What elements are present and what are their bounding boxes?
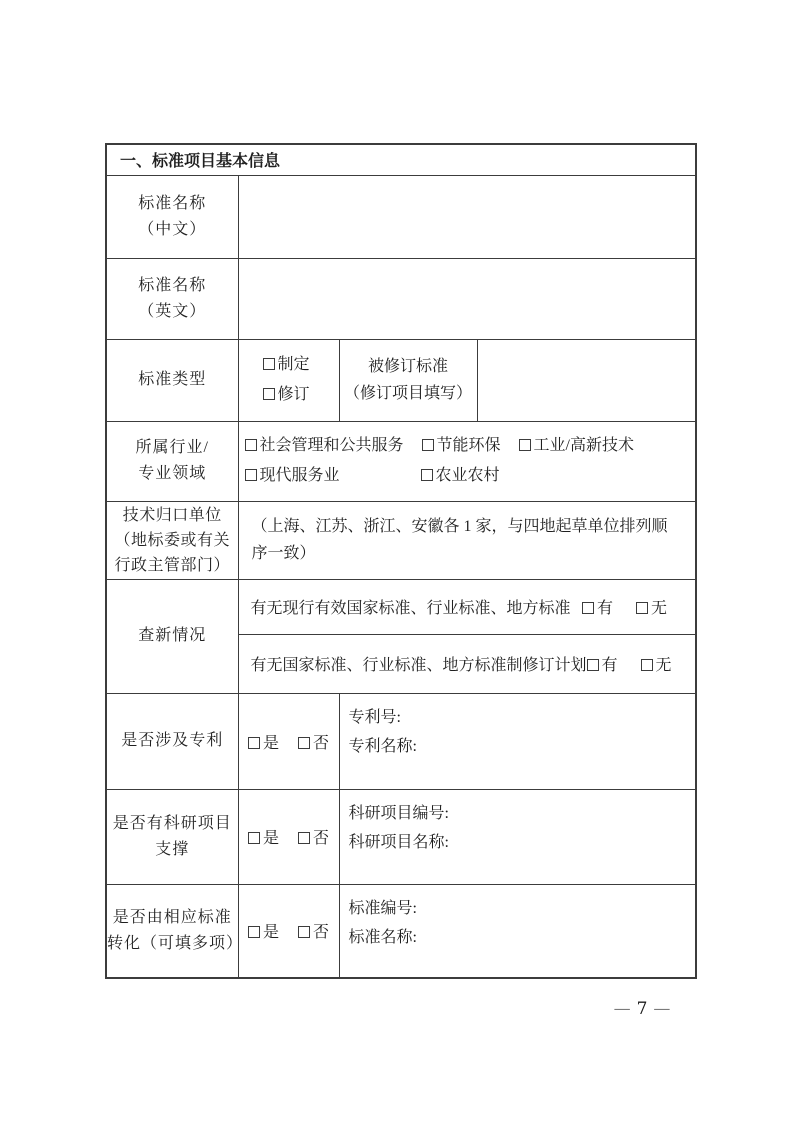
checkbox-icon (248, 737, 260, 749)
label-line: 是否涉及专利 (107, 728, 238, 754)
option-revise: 修订 (263, 380, 339, 410)
option-no: 否 (298, 830, 329, 847)
field-standard-name: 标准名称: (349, 923, 690, 952)
page-number-dash: — (614, 999, 631, 1019)
industry-options: 社会管理和公共服务 节能环保 工业/高新技术 现代服务业 农业农村 (238, 421, 696, 501)
option-label: 是 (263, 735, 279, 752)
label-line: （地标委或有关 (107, 528, 238, 553)
page-number-value: 7 (637, 999, 648, 1019)
option-label: 社会管理和公共服务 (260, 437, 404, 454)
label-line: 转化（可填多项） (107, 931, 238, 957)
label-line: 被修订标准 (340, 353, 477, 380)
label-standard-name-en: 标准名称 （英文） (106, 258, 238, 339)
standard-project-form-table: 一、标准项目基本信息 标准名称 （中文） 标准名称 （英文） 标准类型 制定 (105, 143, 697, 979)
label-line: （英文） (107, 299, 238, 325)
research-yn-group: 是 否 (238, 789, 339, 884)
field-revised-standard (477, 339, 696, 421)
novelty-line: 有无现行有效国家标准、行业标准、地方标准 有 无 (239, 595, 696, 618)
label-standard-name-cn: 标准名称 （中文） (106, 175, 238, 258)
checkbox-icon (245, 439, 257, 451)
patent-yn-group: 是 否 (238, 693, 339, 789)
label-line: 技术归口单位 (107, 503, 238, 528)
label-line: 支撑 (107, 837, 238, 863)
option-label: 农业农村 (436, 467, 500, 484)
option-formulate: 制定 (263, 350, 339, 380)
label-line: 所属行业/ (107, 435, 238, 461)
conversion-yn-group: 是 否 (238, 884, 339, 978)
standard-type-options: 制定 修订 (238, 339, 339, 421)
conversion-fields: 标准编号: 标准名称: (339, 884, 696, 978)
label-conversion: 是否由相应标准 转化（可填多项） (106, 884, 238, 978)
row-standard-type: 标准类型 制定 修订 被修订标准 （修订项目填写） (106, 339, 696, 421)
label-novelty: 查新情况 (106, 579, 238, 693)
checkbox-icon (263, 388, 275, 400)
patent-fields: 专利号: 专利名称: (339, 693, 696, 789)
field-research-number: 科研项目编号: (349, 799, 690, 828)
row-conversion: 是否由相应标准 转化（可填多项） 是 否 标准编号: 标准名称: (106, 884, 696, 978)
option-label: 工业/高新技术 (534, 437, 634, 454)
row-standard-name-en: 标准名称 （英文） (106, 258, 696, 339)
option-agriculture-rural: 农业农村 (421, 467, 500, 484)
option-label: 否 (313, 830, 329, 847)
option-label: 否 (313, 924, 329, 941)
checkbox-icon (421, 469, 433, 481)
label-line: 是否由相应标准 (107, 905, 238, 931)
option-no: 否 (298, 735, 329, 752)
option-label: 是 (263, 830, 279, 847)
option-no-plan: 无 (641, 657, 672, 674)
checkbox-icon (636, 602, 648, 614)
label-line: 标准类型 (107, 367, 238, 393)
option-no-exists: 无 (636, 600, 667, 617)
row-patent: 是否涉及专利 是 否 专利号: 专利名称: (106, 693, 696, 789)
field-standard-name-en (238, 258, 696, 339)
row-tech-unit: 技术归口单位 （地标委或有关 行政主管部门） （上海、江苏、浙江、安徽各 1 家… (106, 501, 696, 579)
field-patent-number: 专利号: (349, 703, 690, 732)
option-yes: 是 (248, 924, 279, 941)
novelty-yn-group: 有 无 (582, 595, 667, 618)
industry-options-line1: 社会管理和公共服务 节能环保 工业/高新技术 (245, 431, 696, 461)
novelty-question-2: 有无国家标准、行业标准、地方标准制修订计划 有 无 (238, 634, 696, 693)
option-label: 有 (602, 657, 618, 674)
revised-standard-header: 被修订标准 （修订项目填写） (339, 339, 477, 421)
checkbox-icon (298, 737, 310, 749)
checkbox-icon (582, 602, 594, 614)
field-standard-name-cn (238, 175, 696, 258)
row-novelty-1: 查新情况 有无现行有效国家标准、行业标准、地方标准 有 无 (106, 579, 696, 634)
option-label: 修订 (278, 386, 310, 403)
label-patent: 是否涉及专利 (106, 693, 238, 789)
option-label: 有 (597, 600, 613, 617)
option-industry-hightech: 工业/高新技术 (519, 437, 634, 454)
option-label: 无 (651, 600, 667, 617)
research-fields: 科研项目编号: 科研项目名称: (339, 789, 696, 884)
checkbox-icon (587, 659, 599, 671)
label-standard-type: 标准类型 (106, 339, 238, 421)
label-line: （修订项目填写） (340, 380, 477, 407)
checkbox-icon (248, 832, 260, 844)
checkbox-icon (248, 926, 260, 938)
tech-unit-note: （上海、江苏、浙江、安徽各 1 家，与四地起草单位排列顺序一致） (238, 501, 696, 579)
industry-options-line2: 现代服务业 农业农村 (245, 461, 696, 491)
label-line: 查新情况 (107, 623, 238, 649)
option-label: 无 (656, 657, 672, 674)
checkbox-icon (298, 832, 310, 844)
field-research-name: 科研项目名称: (349, 828, 690, 857)
option-yes-exists: 有 (582, 600, 613, 617)
option-label: 否 (313, 735, 329, 752)
label-line: 专业领域 (107, 461, 238, 487)
row-research: 是否有科研项目 支撑 是 否 科研项目编号: 科研项目名称: (106, 789, 696, 884)
label-line: （中文） (107, 217, 238, 243)
label-line: 行政主管部门） (107, 553, 238, 578)
checkbox-icon (298, 926, 310, 938)
field-patent-name: 专利名称: (349, 732, 690, 761)
label-research: 是否有科研项目 支撑 (106, 789, 238, 884)
novelty-line: 有无国家标准、行业标准、地方标准制修订计划 有 无 (239, 652, 696, 675)
page-number-dash: — (653, 999, 670, 1019)
option-no: 否 (298, 924, 329, 941)
checkbox-icon (245, 469, 257, 481)
checkbox-icon (263, 358, 275, 370)
label-line: 标准名称 (107, 191, 238, 217)
checkbox-icon (641, 659, 653, 671)
page-number: —7— (592, 999, 692, 1019)
option-modern-services: 现代服务业 (245, 461, 417, 491)
novelty-yn-group: 有 无 (587, 652, 672, 675)
option-label: 节能环保 (437, 437, 501, 454)
label-line: 标准名称 (107, 273, 238, 299)
row-industry: 所属行业/ 专业领域 社会管理和公共服务 节能环保 工业/高新技术 现代服务业 … (106, 421, 696, 501)
option-label: 制定 (278, 356, 310, 373)
novelty-question-text: 有无国家标准、行业标准、地方标准制修订计划 (251, 652, 587, 675)
checkbox-icon (422, 439, 434, 451)
section-title: 一、标准项目基本信息 (106, 144, 696, 175)
label-line: 是否有科研项目 (107, 811, 238, 837)
label-tech-unit: 技术归口单位 （地标委或有关 行政主管部门） (106, 501, 238, 579)
option-social-services: 社会管理和公共服务 (245, 437, 404, 454)
checkbox-icon (519, 439, 531, 451)
row-standard-name-cn: 标准名称 （中文） (106, 175, 696, 258)
label-industry: 所属行业/ 专业领域 (106, 421, 238, 501)
option-label: 是 (263, 924, 279, 941)
document-page: 一、标准项目基本信息 标准名称 （中文） 标准名称 （英文） 标准类型 制定 (0, 0, 793, 1122)
novelty-question-text: 有无现行有效国家标准、行业标准、地方标准 (251, 595, 571, 618)
novelty-question-1: 有无现行有效国家标准、行业标准、地方标准 有 无 (238, 579, 696, 634)
section-title-row: 一、标准项目基本信息 (106, 144, 696, 175)
option-label: 现代服务业 (260, 467, 340, 484)
option-yes: 是 (248, 735, 279, 752)
option-yes: 是 (248, 830, 279, 847)
field-standard-number: 标准编号: (349, 894, 690, 923)
option-yes-plan: 有 (587, 657, 618, 674)
option-energy-env: 节能环保 (422, 437, 501, 454)
